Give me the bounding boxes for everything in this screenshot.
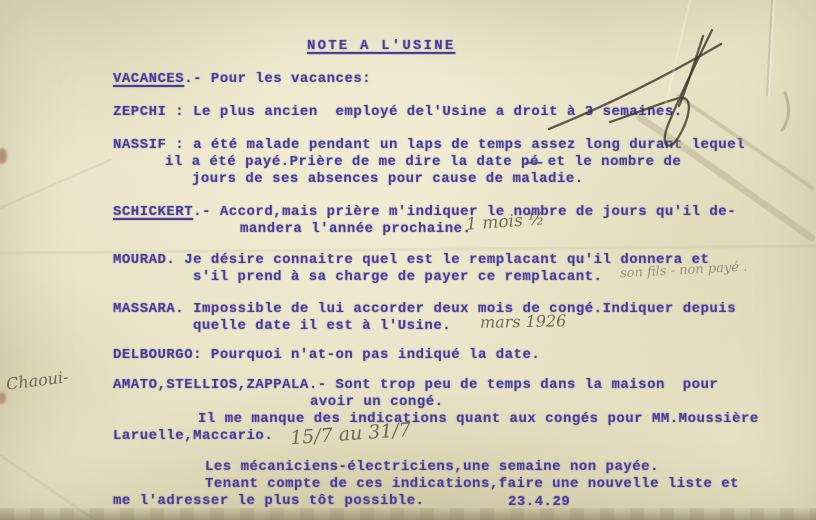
section-nassif-line1: NASSIF : a été malade pendant un laps de…: [113, 137, 745, 153]
closing-line2: Tenant compte de ces indications,faire u…: [205, 476, 739, 492]
section-mourad-line2: s'il prend à sa charge de payer ce rempl…: [193, 269, 602, 285]
page-title: NOTE A L'USINE: [307, 38, 455, 54]
section-nassif-line3: jours de ses absences pour cause de mala…: [192, 171, 584, 187]
schickert-label: SCHICKERT: [113, 204, 193, 220]
section-amato-line2: avoir un congé.: [310, 394, 444, 410]
vacances-text: .- Pour les vacances:: [184, 71, 371, 87]
section-schickert-line2: mandera l'année prochaine.: [240, 221, 471, 237]
closing-line1: Les mécaniciens-électriciens,une semaine…: [205, 459, 659, 475]
section-massara-line2: quelle date il est à l'Usine.: [193, 318, 451, 334]
handwritten-note-massara: mars 1926: [480, 311, 567, 332]
document-page: NOTE A L'USINE VACANCES.- Pour les vacan…: [0, 0, 816, 520]
handwritten-note-schickert: 1 mois ½: [465, 209, 545, 234]
signature-scribble: [549, 30, 721, 146]
section-amato-line1: AMATO,STELLIOS,ZAPPALA.- Sont trop peu d…: [113, 377, 718, 393]
section-massara-line1: MASSARA. Impossible de lui accorder deux…: [113, 301, 736, 317]
section-schickert-line1: SCHICKERT.- Accord,mais prière m'indique…: [113, 204, 736, 220]
section-nassif-line2: il a été payé.Prière de me dire la date …: [165, 154, 681, 170]
edge-stain-top: [0, 148, 7, 164]
section-vacances: VACANCES.- Pour les vacances:: [113, 71, 371, 87]
edge-stain-bottom: [0, 392, 6, 404]
vacances-label: VACANCES: [113, 71, 184, 87]
section-delbourgo: DELBOURGO: Pourquoi n'at-on pas indiqué …: [113, 347, 540, 363]
handwritten-margin-note: Chaoui-: [5, 367, 69, 393]
section-amato-line3: Il me manque des indications quant aux c…: [198, 411, 759, 427]
section-amato-line4: Laruelle,Maccario.: [113, 428, 273, 444]
section-zepchi: ZEPCHI : Le plus ancien employé del'Usin…: [113, 104, 683, 120]
scan-bottom-edge: [0, 508, 816, 520]
closing-line3: me l'adresser le plus tôt possible.: [113, 493, 425, 509]
